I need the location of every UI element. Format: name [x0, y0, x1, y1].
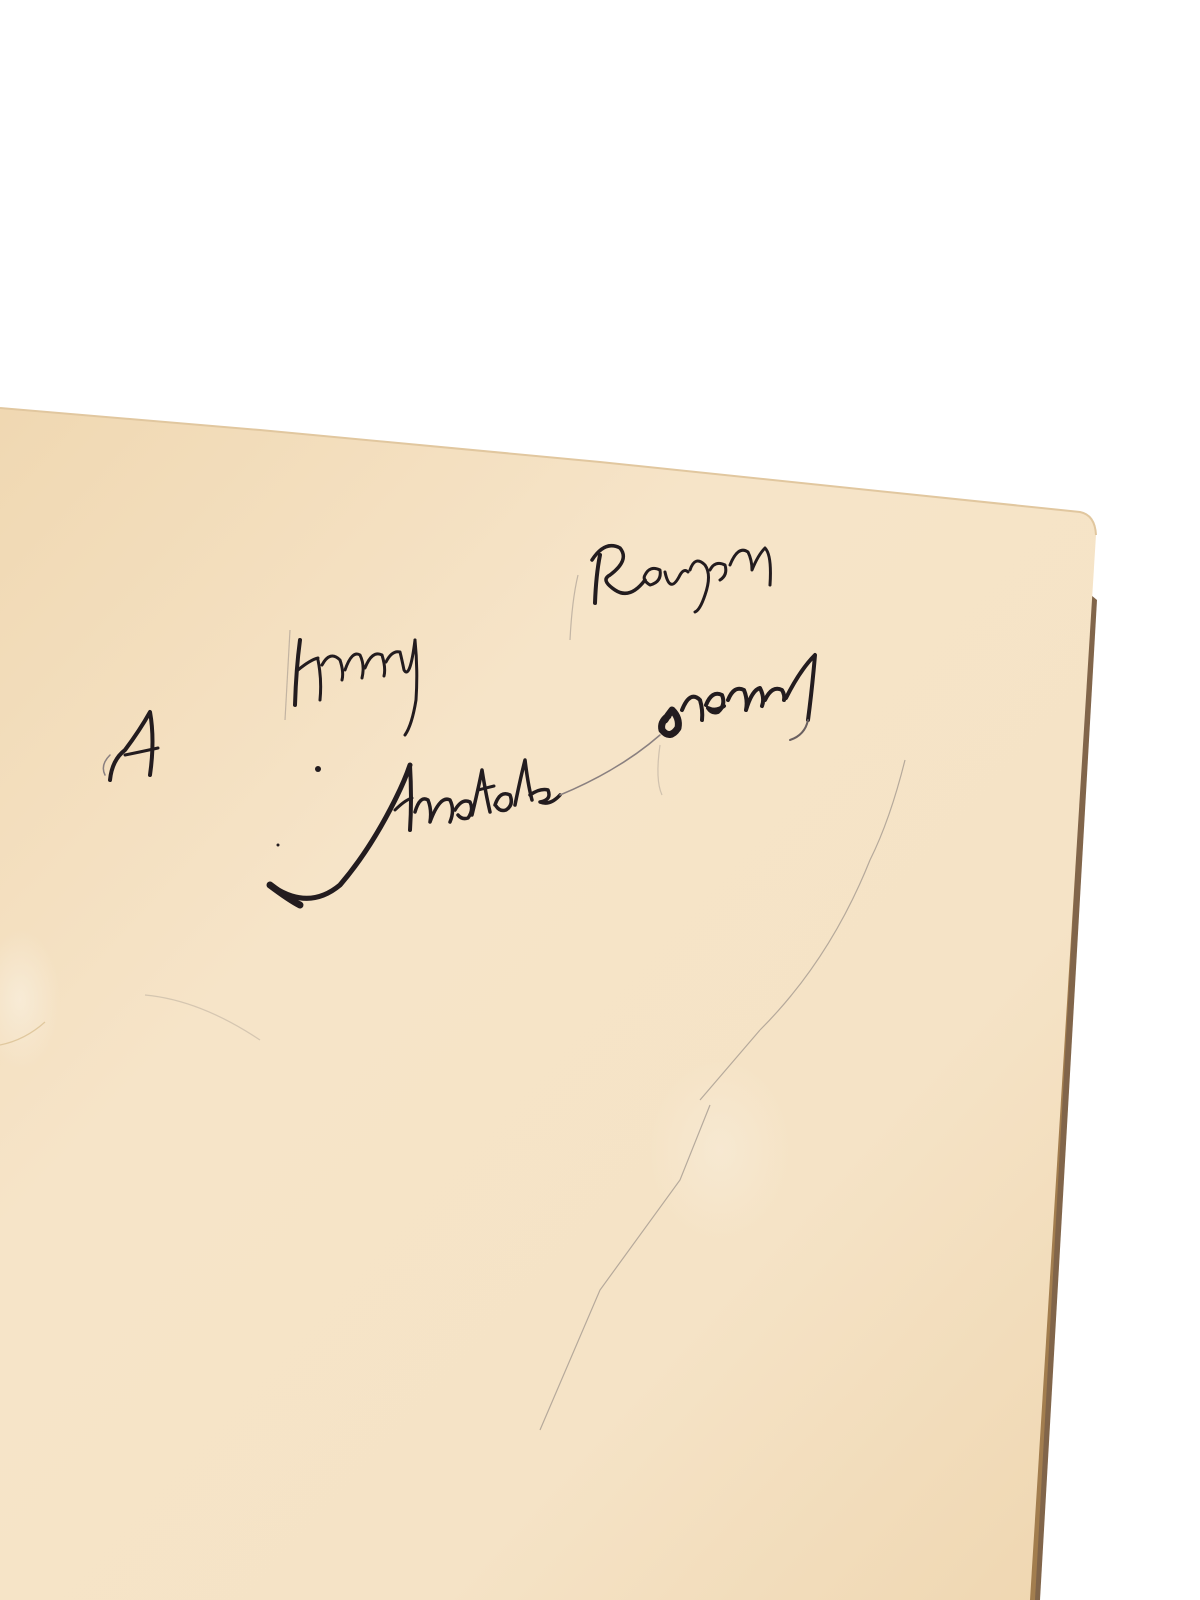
flyleaf-illustration: [0, 0, 1200, 1600]
flyleaf-page: [0, 408, 1096, 1600]
ink-dot: [315, 766, 321, 772]
photograph: A Henry Roujon Anatole France: [0, 0, 1200, 1600]
